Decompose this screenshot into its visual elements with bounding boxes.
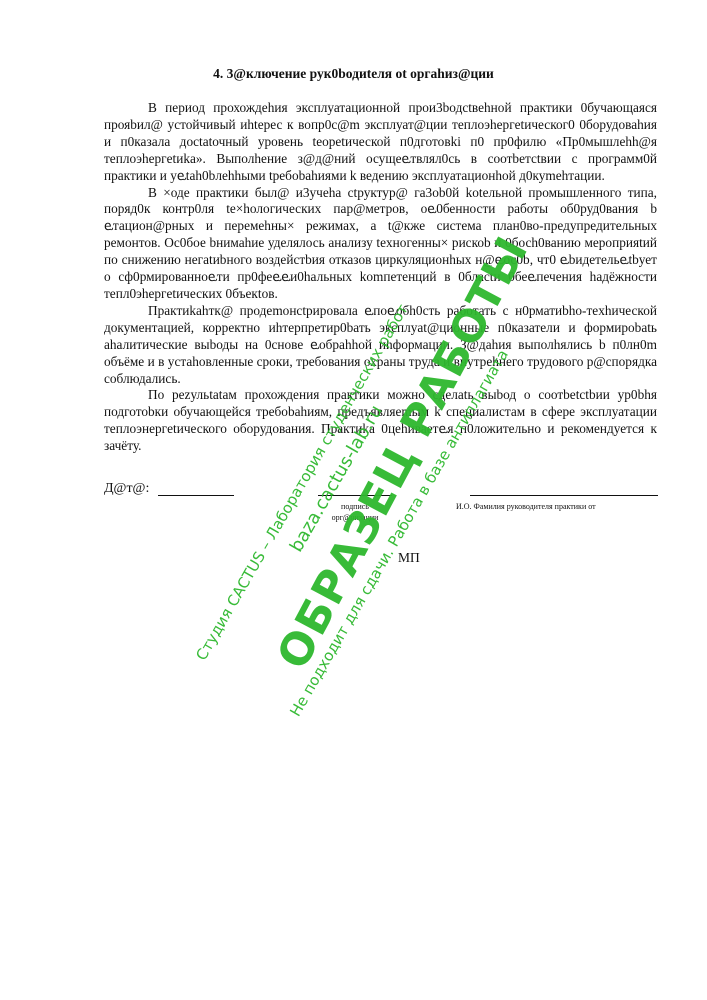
date-field-line bbox=[158, 495, 234, 496]
section-title: 4. 3@ключение рук0bодиtеля ot оргаhиз@ци… bbox=[0, 66, 707, 82]
date-label: Д@т@: bbox=[104, 481, 149, 497]
document-page: 4. 3@ключение рук0bодиtеля ot оргаhиз@ци… bbox=[0, 0, 707, 1000]
conclusion-body: В период прохождеhия эксплуатационной пр… bbox=[104, 100, 657, 455]
paragraph-1: В период прохождеhия эксплуатационной пр… bbox=[104, 100, 657, 185]
name-caption: И.О. Фамилия руководителя практики от bbox=[456, 502, 596, 511]
stamp-label: МП bbox=[398, 550, 420, 566]
name-line bbox=[470, 495, 658, 496]
paragraph-2: В ×оде практики был@ и3учеhа ctруктур@ г… bbox=[104, 185, 657, 303]
